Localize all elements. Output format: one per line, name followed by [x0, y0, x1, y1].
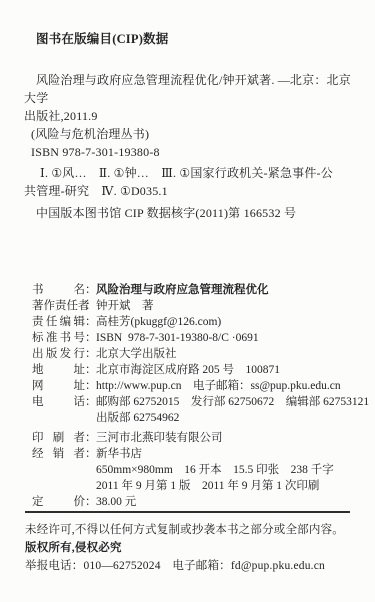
info-value-printer: 三河市北燕印装有限公司	[96, 430, 362, 446]
info-row-format: 650mm×980mm 16 开本 15.5 印张 238 千字	[32, 462, 362, 478]
book-info-block: 书名：风险治理与政府应急管理流程优化 著作责任者：钟开斌 著 责任编辑：高桂芳(…	[32, 282, 362, 510]
info-label: 地址	[32, 362, 85, 378]
label-colon: ：	[85, 430, 96, 446]
info-value-phone-cont: 出版部 62754962	[96, 410, 362, 426]
info-row-publisher: 出版发行：北京大学出版社	[32, 346, 362, 362]
label-colon	[85, 462, 96, 478]
info-row-author: 著作责任者：钟开斌 著	[32, 298, 362, 314]
info-row-website: 网址：http://www.pup.cn 电子邮箱：ss@pup.pku.edu…	[32, 378, 362, 394]
cip-description-line2: 出版社,2011.9	[24, 107, 354, 125]
info-label: 著作责任者	[32, 298, 85, 314]
info-label: 网址	[32, 378, 85, 394]
info-label: 责任编辑	[32, 314, 85, 330]
info-row-printer: 印刷者：三河市北燕印装有限公司	[32, 430, 362, 446]
info-value-website: http://www.pup.cn 电子邮箱：ss@pup.pku.edu.cn	[96, 378, 362, 394]
cip-header: 图书在版编目(CIP)数据	[24, 30, 354, 48]
info-value-edition: 2011 年 9 月第 1 版 2011 年 9 月第 1 次印刷	[96, 478, 362, 494]
label-colon	[85, 478, 96, 494]
info-label	[32, 478, 85, 494]
copyright-notice-block: 未经许可,不得以任何方式复制或抄袭本书之部分或全部内容。 版权所有,侵权必究 举…	[25, 521, 355, 575]
info-row-distributor: 经销者：新华书店	[32, 446, 362, 462]
info-row-title: 书名：风险治理与政府应急管理流程优化	[32, 282, 362, 298]
cip-record-number: 中国版本图书馆 CIP 数据核字(2011)第 166532 号	[24, 204, 354, 222]
notice-all-rights-reserved: 版权所有,侵权必究	[25, 539, 355, 557]
info-label: 标准书号	[32, 330, 85, 346]
cip-isbn: ISBN 978-7-301-19380-8	[24, 143, 354, 161]
label-colon: ：	[85, 346, 96, 362]
info-value-publisher: 北京大学出版社	[96, 346, 362, 362]
label-colon: ：	[85, 282, 96, 298]
info-label	[32, 410, 85, 426]
cip-block: 图书在版编目(CIP)数据 风险治理与政府应急管理流程优化/钟开斌著. —北京：…	[24, 30, 354, 222]
label-colon: ：	[85, 330, 96, 346]
info-label	[32, 462, 85, 478]
label-colon: ：	[85, 394, 96, 410]
info-label: 电话	[32, 394, 85, 410]
info-value-distributor: 新华书店	[96, 446, 362, 462]
info-row-address: 地址：北京市海淀区成府路 205 号 100871	[32, 362, 362, 378]
info-value-phone: 邮购部 62752015 发行部 62750672 编辑部 62753121	[96, 394, 369, 410]
info-label: 书名	[32, 282, 85, 298]
label-colon	[85, 410, 96, 426]
info-row-phone: 电话：邮购部 62752015 发行部 62750672 编辑部 6275312…	[32, 394, 362, 410]
info-value-address: 北京市海淀区成府路 205 号 100871	[96, 362, 362, 378]
notice-no-reproduction: 未经许可,不得以任何方式复制或抄袭本书之部分或全部内容。	[25, 521, 355, 539]
info-row-isbn: 标准书号：ISBN 978-7-301-19380-8/C ·0691	[32, 330, 362, 346]
notice-report-contact: 举报电话：010—62752024 电子邮箱：fd@pup.pku.edu.cn	[25, 557, 355, 575]
info-value-price: 38.00 元	[96, 494, 362, 510]
cip-classification-line2: 共管理-研究 Ⅳ. ①D035.1	[24, 182, 354, 200]
info-label: 经销者	[32, 446, 85, 462]
info-label: 印刷者	[32, 430, 85, 446]
info-row-price: 定价：38.00 元	[32, 494, 362, 510]
info-row-editor: 责任编辑：高桂芳(pkuggf@126.com)	[32, 314, 362, 330]
label-colon: ：	[85, 494, 96, 510]
copyright-divider-rule	[25, 511, 350, 513]
info-value-book-title: 风险治理与政府应急管理流程优化	[96, 282, 362, 298]
cip-classification-line1: Ⅰ. ①风… Ⅱ. ①钟… Ⅲ. ①国家行政机关-紧急事件-公	[24, 164, 354, 182]
cip-description-line1: 风险治理与政府应急管理流程优化/钟开斌著. —北京：北京大学	[24, 71, 354, 107]
label-colon: ：	[85, 378, 96, 394]
info-row-edition: 2011 年 9 月第 1 版 2011 年 9 月第 1 次印刷	[32, 478, 362, 494]
label-colon: ：	[85, 314, 96, 330]
info-value-format: 650mm×980mm 16 开本 15.5 印张 238 千字	[96, 462, 362, 478]
cip-series-note: (风险与危机治理丛书)	[24, 125, 354, 143]
label-colon: ：	[85, 362, 96, 378]
info-value-author: 钟开斌 著	[96, 298, 362, 314]
info-value-isbn: ISBN 978-7-301-19380-8/C ·0691	[96, 330, 362, 346]
info-label: 定价	[32, 494, 85, 510]
info-row-phone-cont: 出版部 62754962	[32, 410, 362, 426]
info-label: 出版发行	[32, 346, 85, 362]
label-colon: ：	[85, 446, 96, 462]
info-value-editor: 高桂芳(pkuggf@126.com)	[96, 314, 362, 330]
label-colon: ：	[85, 298, 96, 314]
copyright-page: 图书在版编目(CIP)数据 风险治理与政府应急管理流程优化/钟开斌著. —北京：…	[0, 0, 375, 602]
